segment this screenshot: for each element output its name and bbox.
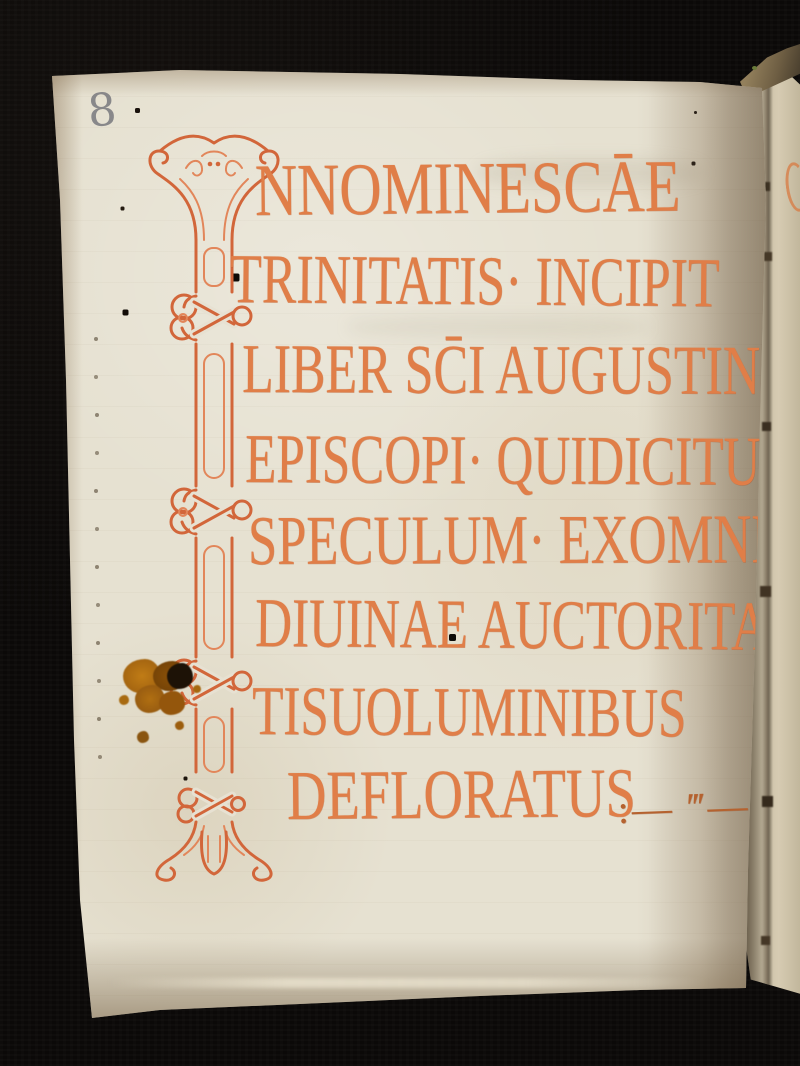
facing-page-letter-trace [783, 161, 800, 213]
ink-specks [48, 66, 49, 67]
text-line-2: TRINITATIS· INCIPIT [230, 245, 720, 319]
text-line-4: EPISCOPI· QUIDICITUR [245, 425, 795, 498]
green-speck [752, 66, 757, 70]
manuscript-photograph: 8 [0, 0, 800, 1066]
text-line-8: DEFLORATUS [287, 759, 636, 832]
text-line-6: DIUINAE AUCTORITA [255, 589, 769, 663]
text-line-5: SPECULUM· EXOMNIB’ [248, 505, 800, 577]
incipit-text: NNOMINESCĀETRINITATIS· INCIPITLIBER SC̄I… [48, 66, 766, 1020]
text-line-3: LIBER SC̄I AUGUSTINI [242, 335, 778, 407]
text-line-1: NNOMINESCĀE [254, 150, 680, 228]
text-line-7: TISUOLUMINIBUS [252, 677, 687, 749]
prick-marks [48, 66, 50, 68]
explicit-flourish: :— ‴— [617, 785, 751, 830]
manuscript-page: 8 [48, 66, 766, 1020]
